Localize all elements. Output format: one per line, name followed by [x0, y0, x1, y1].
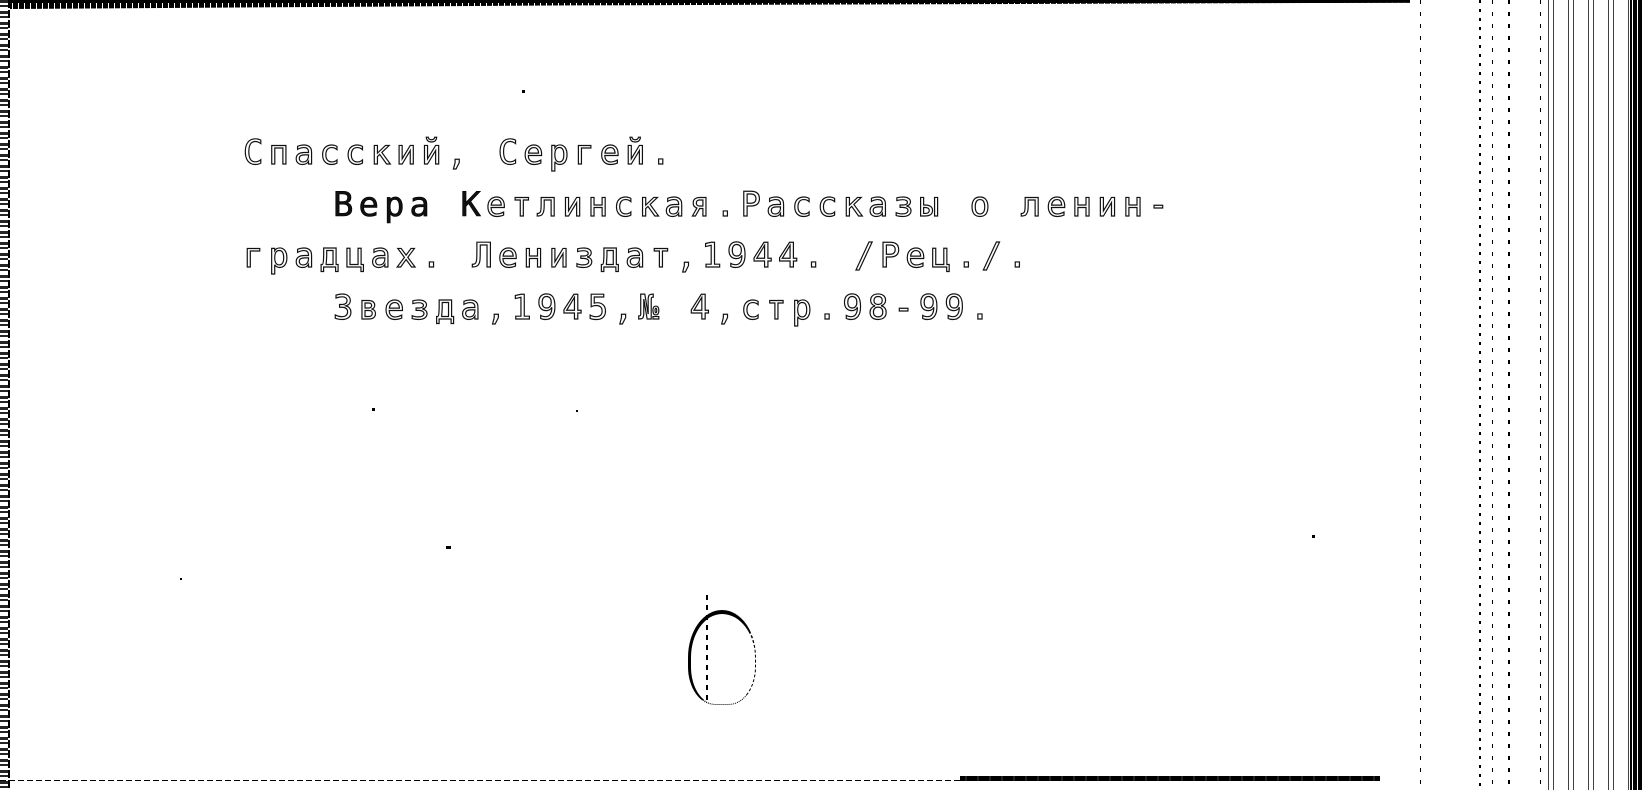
title-line-1-lead: Вера	[333, 185, 435, 225]
scanned-catalog-card: Спасский, Сергей. Вера Кетлинская.Расска…	[0, 0, 1643, 790]
author-heading: Спасский, Сергей.	[243, 133, 676, 173]
title-line-2: градцах. Лениздат,1944. /Рец./.	[243, 236, 1033, 276]
card-stack-dark-edge	[1630, 0, 1643, 790]
stack-line	[1492, 0, 1493, 790]
source-line: Звезда,1945,№ 4,стр.98-99.	[333, 288, 995, 328]
title-line-1-rest: етлинская.Рассказы о ленин-	[486, 185, 1174, 225]
punch-hole-icon	[688, 610, 756, 705]
scan-speck	[1312, 535, 1315, 538]
scan-speck	[180, 578, 182, 580]
card-stack-edge	[1545, 0, 1643, 790]
scan-speck	[522, 90, 525, 93]
title-line-1: Вера Кетлинская.Рассказы о ленин-	[333, 185, 1174, 225]
scan-speck	[446, 546, 451, 549]
stack-line	[1540, 0, 1541, 790]
title-line-1-initial: К	[460, 185, 485, 225]
stack-line	[1508, 0, 1510, 790]
scan-speck	[576, 410, 578, 412]
scan-speck	[372, 408, 375, 411]
